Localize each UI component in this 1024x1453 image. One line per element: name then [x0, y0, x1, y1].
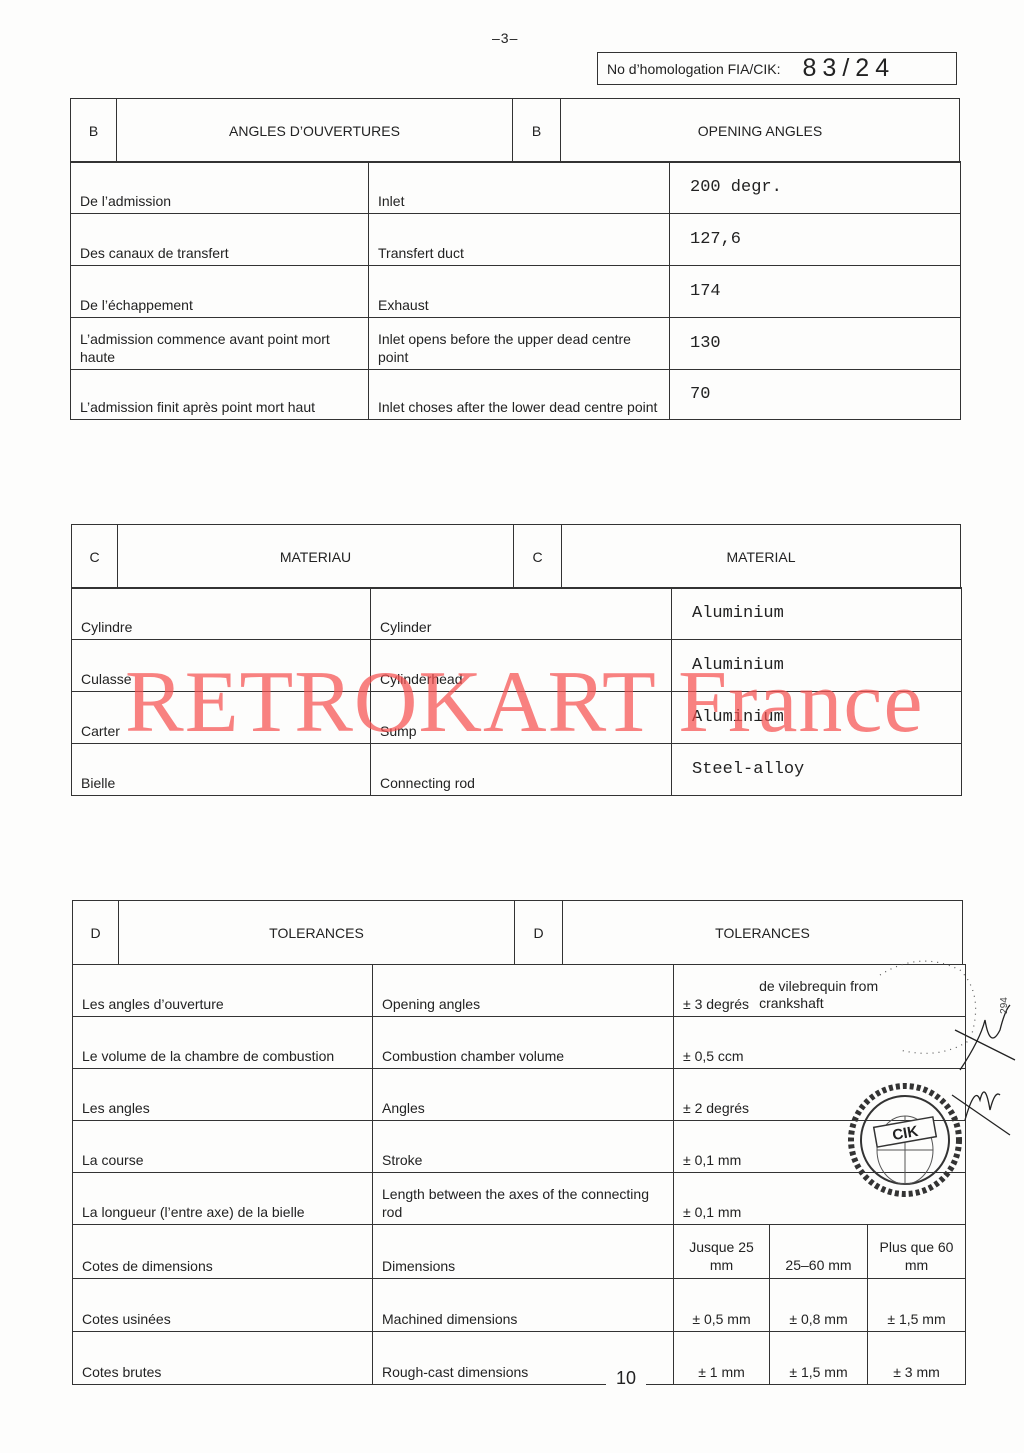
dimension-column-header: Plus que 60 mm — [868, 1225, 966, 1279]
value: Steel-alloy — [672, 744, 962, 796]
table-row: La courseStroke± 0,1 mm — [73, 1121, 966, 1173]
label-en: Stroke — [373, 1121, 674, 1173]
label-fr: Carter — [72, 692, 371, 744]
table-row: Le volume de la chambre de combustionCom… — [73, 1017, 966, 1069]
section-letter: D — [73, 901, 119, 965]
section-d-header: D TOLERANCES D TOLERANCES — [73, 901, 963, 965]
label-fr: La course — [73, 1121, 373, 1173]
label-en: Combustion chamber volume — [373, 1017, 674, 1069]
section-title-en: OPENING ANGLES — [561, 99, 960, 163]
section-letter: C — [514, 525, 562, 589]
label-fr: Des canaux de transfert — [71, 214, 369, 266]
dimension-column-header: 25–60 mm — [770, 1225, 868, 1279]
section-letter: B — [71, 99, 117, 163]
label-en: Inlet opens before the upper dead centre… — [369, 318, 670, 370]
section-b-rows: De l’admissionInlet200 degr.Des canaux d… — [70, 161, 961, 420]
label-fr: L’admission commence avant point mort ha… — [71, 318, 369, 370]
label-en: Length between the axes of the connectin… — [373, 1173, 674, 1225]
section-title-fr: ANGLES D’OUVERTURES — [117, 99, 513, 163]
label-en: Cylinderhead — [371, 640, 672, 692]
footer-page-number: 10 — [606, 1368, 646, 1389]
section-letter: D — [515, 901, 563, 965]
section-b-table: B ANGLES D’OUVERTURES B OPENING ANGLES — [70, 98, 960, 163]
table-row: CarterSumpAluminium — [72, 692, 962, 744]
value: 130 — [670, 318, 961, 370]
signature-number: 294 — [999, 997, 1010, 1014]
homologation-number: 83/24 — [803, 54, 896, 83]
label-en: Dimensions — [373, 1225, 674, 1279]
label-fr: Les angles d’ouverture — [73, 965, 373, 1017]
tolerance-value: ± 0,5 mm — [674, 1279, 770, 1332]
label-fr: La longueur (l’entre axe) de la bielle — [73, 1173, 373, 1225]
homologation-label: No d’homologation FIA/CIK: — [607, 61, 781, 77]
value: Aluminium — [672, 692, 962, 744]
label-fr: Le volume de la chambre de combustion — [73, 1017, 373, 1069]
section-d-table: D TOLERANCES D TOLERANCES — [72, 900, 963, 965]
dimensions-header-row: Cotes de dimensionsDimensionsJusque 25 m… — [73, 1225, 966, 1279]
tolerance-amount: ± 0,5 ccm — [683, 1048, 744, 1064]
section-c-header: C MATERIAU C MATERIAL — [72, 525, 961, 589]
label-en: Cylinder — [371, 588, 672, 640]
label-fr: Cotes usinées — [73, 1279, 373, 1332]
table-row: De l’admissionInlet200 degr. — [71, 162, 961, 214]
label-en: Opening angles — [373, 965, 674, 1017]
label-en: Sump — [371, 692, 672, 744]
section-c-rows: CylindreCylinderAluminiumCulasseCylinder… — [71, 587, 962, 796]
value: 70 — [670, 370, 961, 420]
section-title-fr: MATERIAU — [118, 525, 514, 589]
table-row: Cotes brutesRough-cast dimensions± 1 mm±… — [73, 1332, 966, 1385]
table-row: L’admission commence avant point mort ha… — [71, 318, 961, 370]
label-fr: De l’admission — [71, 162, 369, 214]
table-row: Les anglesAngles± 2 degrés — [73, 1069, 966, 1121]
section-b-header: B ANGLES D’OUVERTURES B OPENING ANGLES — [71, 99, 960, 163]
table-row: CylindreCylinderAluminium — [72, 588, 962, 640]
table-row: Les angles d’ouvertureOpening angles± 3 … — [73, 965, 966, 1017]
value: Aluminium — [672, 640, 962, 692]
label-en: Angles — [373, 1069, 674, 1121]
tolerance-value: ± 0,8 mm — [770, 1279, 868, 1332]
label-fr: Les angles — [73, 1069, 373, 1121]
signature-icon — [950, 1000, 1020, 1140]
table-row: Cotes usinéesMachined dimensions± 0,5 mm… — [73, 1279, 966, 1332]
table-row: CulasseCylinderheadAluminium — [72, 640, 962, 692]
label-fr: Cotes de dimensions — [73, 1225, 373, 1279]
label-fr: Bielle — [72, 744, 371, 796]
page-marker: –3– — [492, 30, 518, 46]
cik-stamp-icon: CIK — [845, 1080, 965, 1200]
label-en: Inlet — [369, 162, 670, 214]
label-fr: Culasse — [72, 640, 371, 692]
table-row: La longueur (l’entre axe) de la bielleLe… — [73, 1173, 966, 1225]
tolerance-amount: ± 0,1 mm — [683, 1152, 741, 1168]
label-fr: De l’échappement — [71, 266, 369, 318]
label-fr: L’admission finit après point mort haut — [71, 370, 369, 420]
section-d-rows: Les angles d’ouvertureOpening angles± 3 … — [72, 964, 966, 1385]
label-en: Connecting rod — [371, 744, 672, 796]
label-fr: Cylindre — [72, 588, 371, 640]
section-title-en: MATERIAL — [562, 525, 961, 589]
label-en: Exhaust — [369, 266, 670, 318]
table-row: BielleConnecting rodSteel-alloy — [72, 744, 962, 796]
value: 127,6 — [670, 214, 961, 266]
tolerance-amount: ± 0,1 mm — [683, 1204, 741, 1220]
tolerance-value: ± 3 mm — [868, 1332, 966, 1385]
dimension-column-header: Jusque 25 mm — [674, 1225, 770, 1279]
homologation-box: No d’homologation FIA/CIK: 83/24 — [597, 52, 957, 85]
tolerance-value: ± 1,5 mm — [770, 1332, 868, 1385]
label-en: Inlet choses after the lower dead centre… — [369, 370, 670, 420]
section-title-fr: TOLERANCES — [119, 901, 515, 965]
table-row: Des canaux de transfertTransfert duct127… — [71, 214, 961, 266]
label-en: Machined dimensions — [373, 1279, 674, 1332]
tolerance-value: ± 1,5 mm — [868, 1279, 966, 1332]
tolerance-amount: ± 3 degrés — [683, 996, 749, 1012]
section-c-table: C MATERIAU C MATERIAL — [71, 524, 961, 589]
tolerance-amount: ± 2 degrés — [683, 1100, 749, 1116]
value: Aluminium — [672, 588, 962, 640]
table-row: De l’échappementExhaust174 — [71, 266, 961, 318]
value: 174 — [670, 266, 961, 318]
tolerance-value: ± 1 mm — [674, 1332, 770, 1385]
section-letter: C — [72, 525, 118, 589]
table-row: L’admission finit après point mort hautI… — [71, 370, 961, 420]
label-en: Transfert duct — [369, 214, 670, 266]
label-fr: Cotes brutes — [73, 1332, 373, 1385]
section-letter: B — [513, 99, 561, 163]
value: 200 degr. — [670, 162, 961, 214]
